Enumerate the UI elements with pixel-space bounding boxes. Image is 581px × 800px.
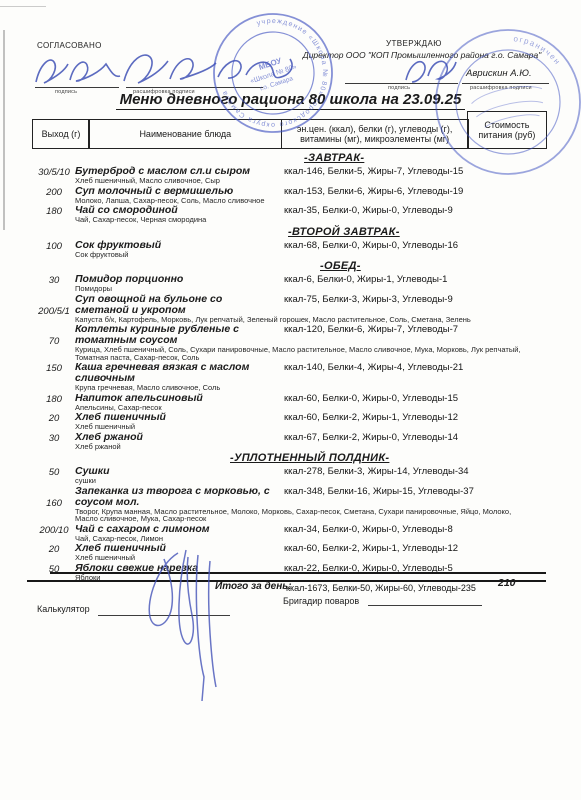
total-nutrition: ккал-1673, Белки-50, Жиры-60, Углеводы-2… <box>286 583 476 593</box>
item-ingredients: Чай, Сахар-песок, Лимон <box>75 535 527 543</box>
item-nutrition: ккал-140, Белки-4, Жиры-4, Углеводы-21 <box>284 363 546 373</box>
document-title: Меню дневного рациона 80 школа на 23.09.… <box>0 91 581 108</box>
item-weight: 160 <box>32 498 76 509</box>
item-ingredients: Помидоры <box>75 285 527 293</box>
item-weight: 200/10 <box>32 525 76 536</box>
item-nutrition: ккал-68, Белки-0, Жиры-0, Углеводы-16 <box>284 241 546 251</box>
item-weight: 180 <box>32 206 76 217</box>
section-heading: -ОБЕД- <box>320 260 547 272</box>
handwritten-signature <box>30 52 125 92</box>
item-nutrition: ккал-60, Белки-2, Жиры-1, Углеводы-12 <box>284 413 546 423</box>
total-cost: 210 <box>498 577 516 589</box>
item-nutrition: ккал-60, Белки-2, Жиры-1, Углеводы-12 <box>284 544 546 554</box>
item-ingredients: Хлеб ржаной <box>75 443 527 451</box>
item-weight: 30 <box>32 275 76 286</box>
item-ingredients: Сок фруктовый <box>75 251 527 259</box>
item-ingredients: Молоко, Лапша, Сахар-песок, Соль, Масло … <box>75 197 527 205</box>
item-name: Хлеб ржаной <box>75 432 277 443</box>
calculator-sign-line <box>98 615 230 616</box>
item-name: Суп молочный с вермишелью <box>75 186 277 197</box>
section-heading: -ВТОРОЙ ЗАВТРАК- <box>288 226 547 238</box>
menu-item: 200/5/1 ккал-75, Белки-3, Жиры-3, Углево… <box>32 294 547 324</box>
item-nutrition: ккал-6, Белки-0, Жиры-1, Углеводы-1 <box>284 275 546 285</box>
menu-item: 180 ккал-60, Белки-0, Жиры-0, Углеводы-1… <box>32 393 547 412</box>
menu-item: 200 ккал-153, Белки-6, Жиры-6, Углеводы-… <box>32 186 547 205</box>
col-header-weight: Выход (г) <box>32 119 90 149</box>
item-ingredients: Курица, Хлеб пшеничный, Соль, Сухари пан… <box>75 346 527 361</box>
brigadier-sign-line <box>368 605 482 606</box>
item-name: Сок фруктовый <box>75 240 277 251</box>
scanned-menu-document: { "header": { "agreed": { "label": "СОГЛ… <box>0 0 581 800</box>
col-header-cost: Стоимость питания (руб) <box>467 111 547 149</box>
scan-edge-artifact <box>0 6 46 7</box>
item-name: Сушки <box>75 466 277 477</box>
item-weight: 30/5/10 <box>32 167 76 178</box>
brigadier-label: Бригадир поваров <box>283 596 359 606</box>
item-weight: 20 <box>32 413 76 424</box>
item-name: Каша гречневая вязкая с маслом сливочным <box>75 362 277 384</box>
item-weight: 30 <box>32 433 76 444</box>
menu-item: 200/10 ккал-34, Белки-0, Жиры-0, Углевод… <box>32 524 547 543</box>
scan-edge-artifact <box>3 30 5 230</box>
item-nutrition: ккал-34, Белки-0, Жиры-0, Углеводы-8 <box>284 525 546 535</box>
signature-line <box>462 83 549 84</box>
item-ingredients: Крупа гречневая, Масло сливочное, Соль <box>75 384 527 392</box>
item-ingredients: сушки <box>75 477 527 485</box>
item-nutrition: ккал-348, Белки-16, Жиры-15, Углеводы-37 <box>284 487 546 497</box>
agreed-label: СОГЛАСОВАНО <box>37 41 102 50</box>
item-nutrition: ккал-146, Белки-5, Жиры-7, Углеводы-15 <box>284 167 546 177</box>
item-weight: 70 <box>32 336 76 347</box>
item-name: Суп овощной на бульоне со сметаной и укр… <box>75 294 277 316</box>
item-nutrition: ккал-120, Белки-6, Жиры-7, Углеводы-7 <box>284 325 546 335</box>
director-line: Директор ООО "КОП Промышленного района г… <box>278 50 566 60</box>
item-ingredients: Творог, Крупа манная, Масло растительное… <box>75 508 527 523</box>
approver-name: Аврискин А.Ю. <box>466 68 532 79</box>
menu-item: 180 ккал-35, Белки-0, Жиры-0, Углеводы-9… <box>32 205 547 224</box>
item-ingredients: Чай, Сахар-песок, Черная смородина <box>75 216 527 224</box>
item-weight: 20 <box>32 544 76 555</box>
item-ingredients: Хлеб пшеничный <box>75 554 527 562</box>
item-name: Чай с сахаром с лимоном <box>75 524 277 535</box>
menu-item: 160 ккал-348, Белки-16, Жиры-15, Углевод… <box>32 486 547 523</box>
menu-item: 50 ккал-278, Белки-3, Жиры-14, Углеводы-… <box>32 466 547 485</box>
approved-label: УТВЕРЖДАЮ <box>386 39 442 48</box>
item-weight: 200/5/1 <box>32 306 76 317</box>
item-name: Котлеты куриные рубленые с томатным соус… <box>75 324 277 346</box>
menu-item: 20 ккал-60, Белки-2, Жиры-1, Углеводы-12… <box>32 543 547 562</box>
item-ingredients: Апельсины, Сахар-песок <box>75 404 527 412</box>
item-nutrition: ккал-153, Белки-6, Жиры-6, Углеводы-19 <box>284 187 546 197</box>
menu-item: 20 ккал-60, Белки-2, Жиры-1, Углеводы-12… <box>32 412 547 431</box>
item-weight: 180 <box>32 394 76 405</box>
item-ingredients: Хлеб пшеничный <box>75 423 527 431</box>
item-ingredients: Хлеб пшеничный, Масло сливочное, Сыр <box>75 177 527 185</box>
menu-item: 30/5/10 ккал-146, Белки-5, Жиры-7, Углев… <box>32 166 547 185</box>
stamp-center-text: г.о. Самара <box>259 75 294 92</box>
item-name: Напиток апельсиновый <box>75 393 277 404</box>
item-weight: 150 <box>32 363 76 374</box>
item-weight: 200 <box>32 187 76 198</box>
stamp-ring-text: учреждение «Школа № 80» городского округ… <box>210 10 336 136</box>
item-name: Запеканка из творога с морковью, с соусо… <box>75 486 277 508</box>
col-header-nutrition: эн.цен. (ккал), белки (г), углеводы (г),… <box>281 119 469 149</box>
item-weight: 100 <box>32 241 76 252</box>
menu-item: 100 ккал-68, Белки-0, Жиры-0, Углеводы-1… <box>32 240 547 259</box>
item-nutrition: ккал-60, Белки-0, Жиры-0, Углеводы-15 <box>284 394 546 404</box>
section-heading: -ЗАВТРАК- <box>304 152 547 164</box>
item-weight: 50 <box>32 467 76 478</box>
total-rule <box>50 572 546 574</box>
signature-line <box>345 83 458 84</box>
item-nutrition: ккал-67, Белки-2, Жиры-0, Углеводы-14 <box>284 433 546 443</box>
total-label: Итого за день: <box>215 581 292 592</box>
menu-body: -ЗАВТРАК- 30/5/10 ккал-146, Белки-5, Жир… <box>32 150 547 582</box>
menu-item: 150 ккал-140, Белки-4, Жиры-4, Углеводы-… <box>32 362 547 392</box>
school-round-stamp: учреждение «Школа № 80» городского округ… <box>210 10 336 136</box>
menu-item: 70 ккал-120, Белки-6, Жиры-7, Углеводы-7… <box>32 324 547 361</box>
item-ingredients: Капуста б/к, Картофель, Морковь, Лук реп… <box>75 316 527 324</box>
signature-line <box>35 87 119 88</box>
col-header-dish: Наименование блюда <box>88 119 282 149</box>
section-heading: -УПЛОТНЕННЫЙ ПОЛДНИК- <box>230 452 547 464</box>
calculator-label: Калькулятор <box>37 604 90 614</box>
menu-item: 30 ккал-6, Белки-0, Жиры-1, Углеводы-1 П… <box>32 274 547 293</box>
signature-line <box>126 87 263 88</box>
item-nutrition: ккал-35, Белки-0, Жиры-0, Углеводы-9 <box>284 206 546 216</box>
menu-item: 30 ккал-67, Белки-2, Жиры-0, Углеводы-14… <box>32 432 547 451</box>
stamp-center-text: «Школа № 80» <box>249 64 297 86</box>
item-nutrition: ккал-75, Белки-3, Жиры-3, Углеводы-9 <box>284 295 546 305</box>
item-nutrition: ккал-278, Белки-3, Жиры-14, Углеводы-34 <box>284 467 546 477</box>
